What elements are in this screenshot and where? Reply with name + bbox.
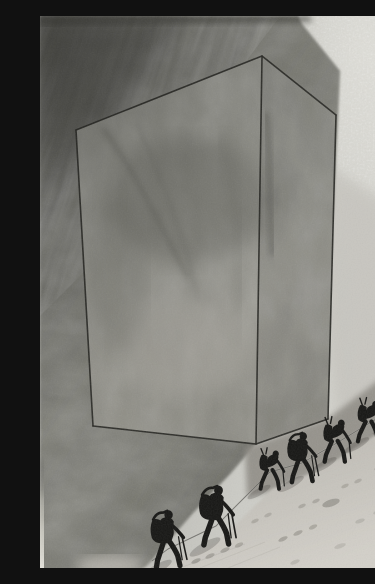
vignette — [40, 16, 375, 568]
artwork-photo — [40, 16, 375, 568]
artwork-canvas — [40, 16, 375, 568]
